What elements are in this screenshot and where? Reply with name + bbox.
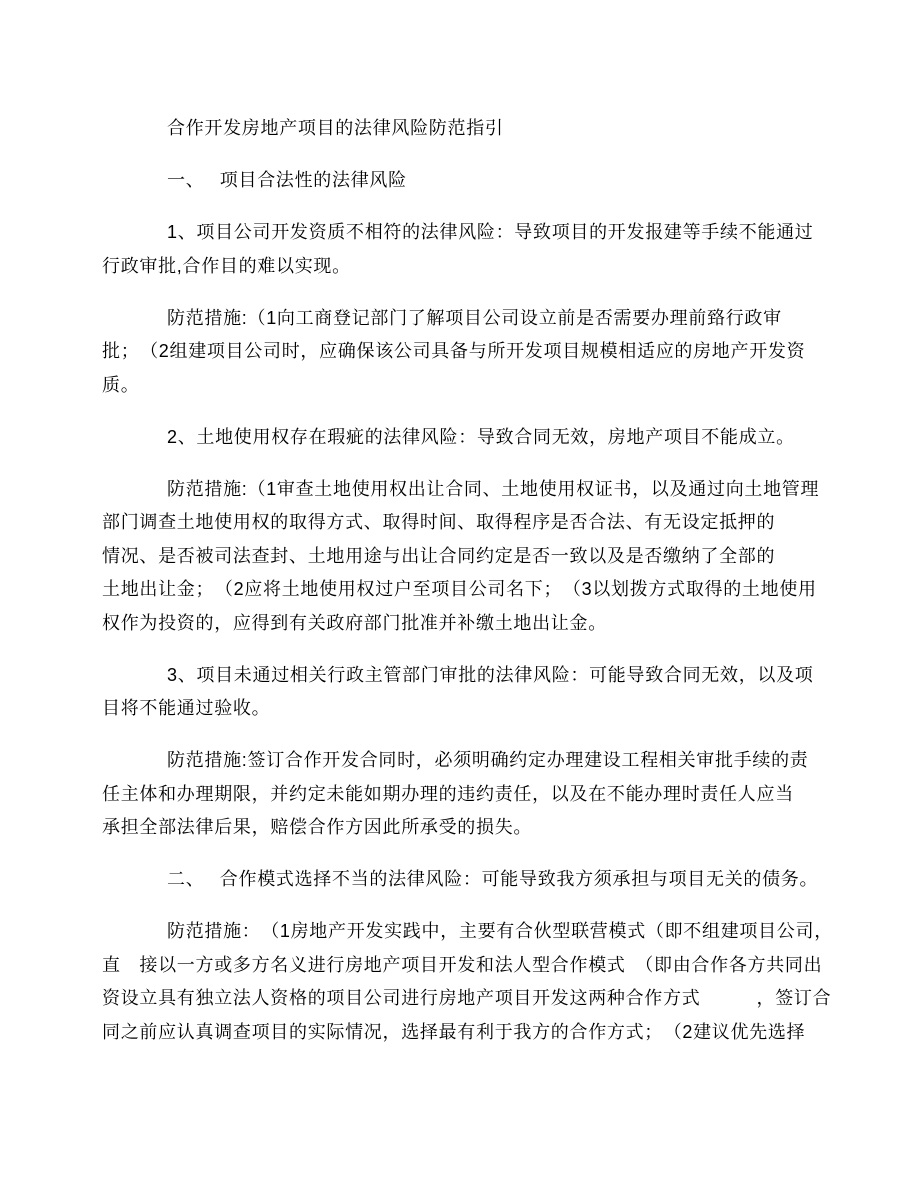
paragraph-body: 3、项目未通过相关行政主管部门审批的法律风险：可能导致合同无效，以及项目将不能通…	[102, 659, 842, 726]
paragraph-body: 防范措施:（1向工商登记部门了解项目公司设立前是否需要办理前臵行政审批； （2组…	[102, 302, 842, 403]
paragraph-heading: 二、 合作模式选择不当的法律风险：可能导致我方须承担与项目无关的债务。	[102, 863, 842, 897]
paragraph-body: 防范措施： （1房地产开发实践中，主要有合伙型联营模式（即不组建项目公司，直 接…	[102, 915, 842, 1049]
text-line: 合作开发房地产项目的法律风险防范指引	[102, 112, 842, 146]
paragraph-body: 防范措施:签订合作开发合同时，必须明确约定办理建设工程相关审批手续的责任主体和办…	[102, 744, 842, 845]
text-line: 权作为投资的，应得到有关政府部门批准并补缴土地出让金。	[102, 607, 842, 641]
text-line: 资设立具有独立法人资格的项目公司进行房地产项目开发这两种合作方式 ，签订合	[102, 982, 842, 1016]
text-line: 情况、是否被司法查封、土地用途与出让合同约定是否一致以及是否缴纳了全部的	[102, 540, 842, 574]
document-page: 合作开发房地产项目的法律风险防范指引一、 项目合法性的法律风险1、项目公司开发资…	[0, 0, 920, 1192]
text-line: 二、 合作模式选择不当的法律风险：可能导致我方须承担与项目无关的债务。	[102, 863, 842, 897]
text-line: 防范措施： （1房地产开发实践中，主要有合伙型联营模式（即不组建项目公司，	[102, 915, 842, 949]
text-line: 防范措施:（1审查土地使用权出让合同、土地使用权证书，以及通过向土地管理	[102, 473, 842, 507]
text-line: 任主体和办理期限，并约定未能如期办理的违约责任，以及在不能办理时责任人应当	[102, 778, 842, 812]
text-line: 质。	[102, 369, 842, 403]
text-line: 防范措施:（1向工商登记部门了解项目公司设立前是否需要办理前臵行政审	[102, 302, 842, 336]
text-line: 2、土地使用权存在瑕疵的法律风险：导致合同无效，房地产项目不能成立。	[102, 421, 842, 455]
paragraph-body: 防范措施:（1审查土地使用权出让合同、土地使用权证书，以及通过向土地管理部门调查…	[102, 473, 842, 641]
text-line: 一、 项目合法性的法律风险	[102, 164, 842, 198]
paragraph-title: 合作开发房地产项目的法律风险防范指引	[102, 112, 842, 146]
text-line: 部门调查土地使用权的取得方式、取得时间、取得程序是否合法、有无设定抵押的	[102, 506, 842, 540]
paragraph-heading: 一、 项目合法性的法律风险	[102, 164, 842, 198]
text-line: 3、项目未通过相关行政主管部门审批的法律风险：可能导致合同无效，以及项	[102, 659, 842, 693]
text-line: 直 接以一方或多方名义进行房地产项目开发和法人型合作模式 （即由合作各方共同出	[102, 949, 842, 983]
text-line: 1、项目公司开发资质不相符的法律风险：导致项目的开发报建等手续不能通过	[102, 216, 842, 250]
text-line: 批； （2组建项目公司时，应确保该公司具备与所开发项目规模相适应的房地产开发资	[102, 335, 842, 369]
paragraph-body: 1、项目公司开发资质不相符的法律风险：导致项目的开发报建等手续不能通过行政审批,…	[102, 216, 842, 283]
text-line: 同之前应认真调查项目的实际情况，选择最有利于我方的合作方式； （2建议优先选择	[102, 1016, 842, 1050]
text-line: 土地出让金； （2应将土地使用权过户至项目公司名下； （3以划拨方式取得的土地使…	[102, 573, 842, 607]
document-body: 合作开发房地产项目的法律风险防范指引一、 项目合法性的法律风险1、项目公司开发资…	[102, 112, 842, 1068]
paragraph-body: 2、土地使用权存在瑕疵的法律风险：导致合同无效，房地产项目不能成立。	[102, 421, 842, 455]
text-line: 承担全部法律后果，赔偿合作方因此所承受的损失。	[102, 811, 842, 845]
text-line: 防范措施:签订合作开发合同时，必须明确约定办理建设工程相关审批手续的责	[102, 744, 842, 778]
text-line: 行政审批,合作目的难以实现。	[102, 250, 842, 284]
text-line: 目将不能通过验收。	[102, 692, 842, 726]
